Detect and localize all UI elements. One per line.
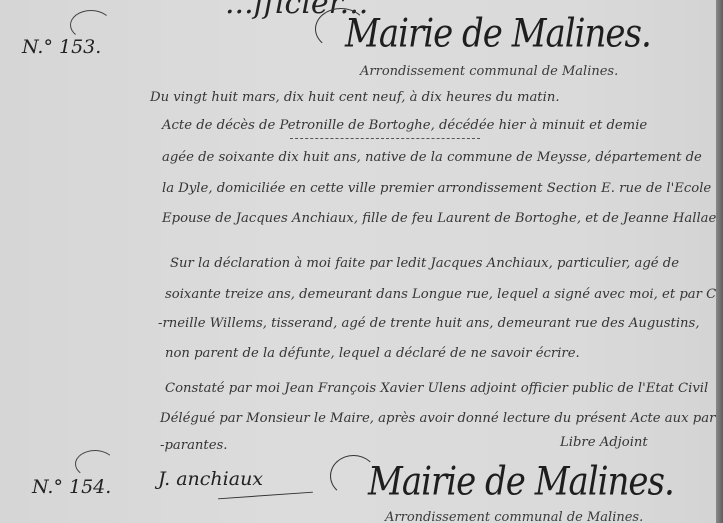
record-line: Constaté par moi Jean François Xavier Ul… — [165, 381, 708, 396]
record-line: -parantes. — [160, 438, 227, 453]
entry-heading-154: Mairie de Malines. — [368, 459, 674, 505]
record-line: Acte de décès de Petronille de Bortoghe,… — [162, 118, 647, 133]
page-edge-shadow — [716, 0, 723, 523]
declarant-signature: J. anchiaux — [158, 468, 263, 490]
record-line: la Dyle, domiciliée en cette ville premi… — [162, 181, 711, 196]
entry-number-154: N.° 154. — [32, 476, 111, 498]
record-line: Délégué par Monsieur le Maire, après avo… — [160, 411, 723, 426]
entry-heading-153: Mairie de Malines. — [345, 11, 651, 57]
number-flourish — [75, 450, 115, 478]
entry-number-153: N.° 153. — [22, 36, 101, 58]
margin-note: Libre Adjoint — [560, 435, 648, 450]
record-line: soixante treize ans, demeurant dans Long… — [165, 287, 723, 302]
register-page: ...fficier... N.° 153. Mairie de Malines… — [0, 0, 716, 523]
signature-underline — [218, 492, 313, 500]
record-line: -rneille Willems, tisserand, agé de tren… — [158, 316, 700, 331]
entry-subheading-153: Arrondissement communal de Malines. — [360, 64, 618, 79]
name-underline — [290, 138, 480, 139]
record-line: agée de soixante dix huit ans, native de… — [162, 150, 702, 165]
record-line: Sur la déclaration à moi faite par ledit… — [170, 256, 679, 271]
record-line: Du vingt huit mars, dix huit cent neuf, … — [150, 90, 560, 105]
entry-subheading-154: Arrondissement communal de Malines. — [385, 510, 643, 523]
record-line: Epouse de Jacques Anchiaux, fille de feu… — [162, 211, 723, 226]
record-line: non parent de la défunte, lequel a décla… — [165, 346, 580, 361]
